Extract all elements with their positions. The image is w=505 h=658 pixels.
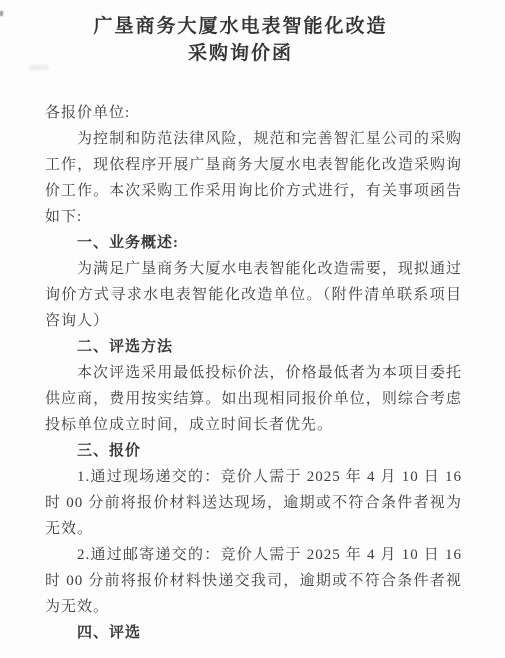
- scan-smudge: [29, 65, 49, 71]
- section-2-heading: 二、评选方法: [45, 334, 462, 360]
- title-line-1: 广垦商务大厦水电表智能化改造: [32, 13, 449, 40]
- title-line-2: 采购询价函: [32, 40, 449, 67]
- document-body: 各报价单位: 为控制和防范法律风险，规范和完善智汇星公司的采购工作，现依程序开展…: [45, 100, 462, 646]
- section-3-paragraph-1: 1.通过现场递交的：竞价人需于 2025 年 4 月 10 日 16 时 00 …: [45, 464, 462, 542]
- salutation-line: 各报价单位:: [45, 100, 462, 126]
- document-title: 广垦商务大厦水电表智能化改造 采购询价函: [32, 13, 449, 67]
- section-1-paragraph-1: 为满足广垦商务大厦水电表智能化改造需要，现拟通过询价方式寻求水电表智能化改造单位…: [45, 256, 462, 334]
- scanned-document-page: 广垦商务大厦水电表智能化改造 采购询价函 各报价单位: 为控制和防范法律风险，规…: [0, 0, 505, 658]
- section-4-heading: 四、评选: [45, 620, 462, 646]
- scan-edge-speck: [0, 11, 3, 16]
- section-3-heading: 三、报价: [45, 438, 462, 464]
- section-2-paragraph-1: 本次评选采用最低投标价法，价格最低者为本项目委托供应商，费用按实结算。如出现相同…: [45, 360, 462, 438]
- intro-paragraph: 为控制和防范法律风险，规范和完善智汇星公司的采购工作，现依程序开展广垦商务大厦水…: [45, 126, 462, 230]
- section-3-paragraph-2: 2.通过邮寄递交的：竞价人需于 2025 年 4 月 10 日 16 时 00 …: [45, 542, 462, 620]
- section-1-heading: 一、业务概述:: [45, 230, 462, 256]
